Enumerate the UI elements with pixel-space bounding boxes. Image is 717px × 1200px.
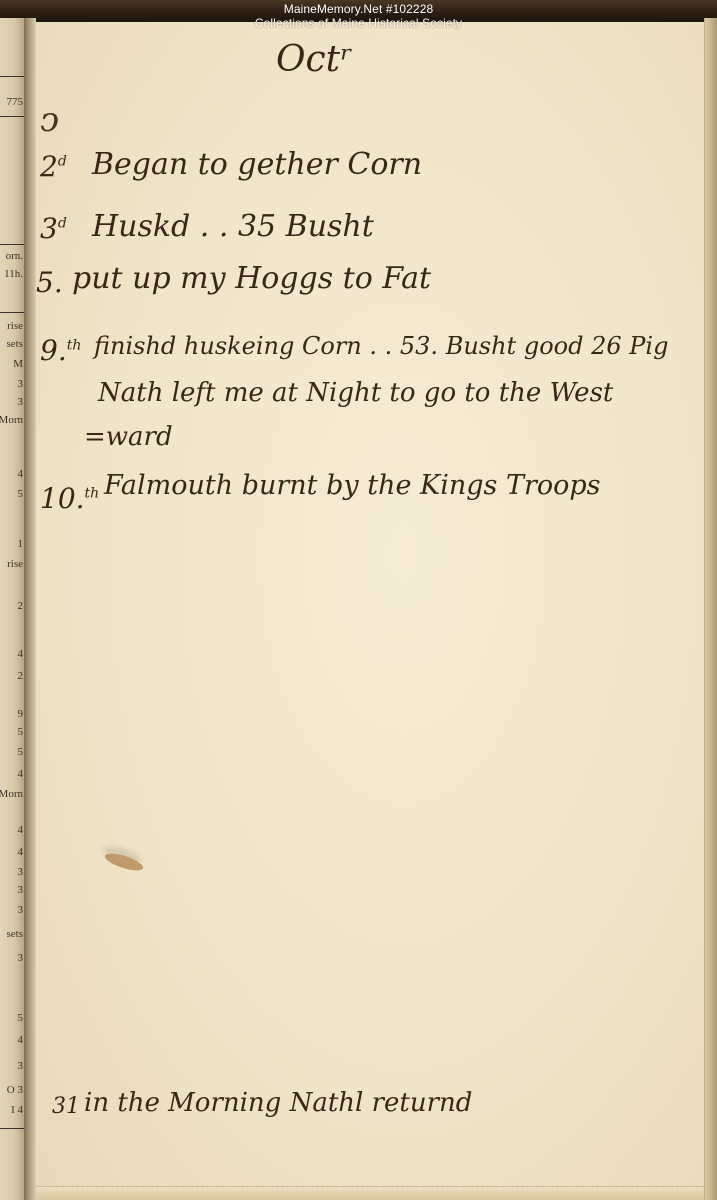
entry-day: 9.th bbox=[40, 334, 81, 367]
almanac-cell: 11h. bbox=[4, 268, 23, 280]
almanac-cell: 4 bbox=[18, 468, 24, 480]
almanac-cell: 2 bbox=[18, 600, 24, 612]
almanac-cell: rise bbox=[7, 558, 23, 570]
almanac-cell: 5 bbox=[18, 746, 24, 758]
almanac-cell: M bbox=[13, 358, 23, 370]
book-gutter bbox=[24, 18, 36, 1200]
almanac-cell: 5 bbox=[18, 726, 24, 738]
entry-day: 3d bbox=[40, 212, 67, 245]
entry-day: 5. bbox=[36, 266, 63, 299]
entry-text: put up my Hoggs to Fat bbox=[72, 264, 431, 294]
adjacent-almanac-page: 775 orn. 11h. rise sets M 3 3 Morn 4 5 1… bbox=[0, 18, 25, 1200]
almanac-cell: sets bbox=[7, 338, 24, 350]
divider bbox=[0, 76, 24, 77]
entry-day: 2d bbox=[40, 150, 67, 183]
almanac-cell: 3 bbox=[18, 866, 24, 878]
almanac-cell: O 3 bbox=[7, 1084, 23, 1096]
divider bbox=[0, 312, 24, 313]
almanac-cell: 4 bbox=[18, 1034, 24, 1046]
page-bottom-edge bbox=[36, 1186, 704, 1200]
entry-text: Falmouth burnt by the Kings Troops bbox=[104, 472, 601, 499]
entry-text: =ward bbox=[84, 424, 173, 450]
almanac-cell: Morn bbox=[0, 788, 23, 800]
divider bbox=[0, 116, 24, 117]
entry-text: Nath left me at Night to go to the West bbox=[98, 380, 613, 406]
almanac-cell: sets bbox=[7, 928, 24, 940]
watermark-id: MaineMemory.Net #102228 bbox=[0, 2, 717, 16]
almanac-cell: 3 bbox=[18, 1060, 24, 1072]
divider bbox=[0, 1128, 24, 1129]
divider bbox=[0, 244, 24, 245]
entry-day: 10.th bbox=[40, 482, 99, 515]
page-edge bbox=[704, 18, 717, 1200]
diary-page bbox=[36, 22, 704, 1200]
entry-text: Huskd . . 35 Busht bbox=[92, 212, 374, 242]
entry-day: 31 bbox=[52, 1094, 80, 1119]
almanac-cell: 5 bbox=[18, 488, 24, 500]
almanac-cell: Morn bbox=[0, 414, 23, 426]
almanac-year: 775 bbox=[7, 96, 24, 108]
almanac-cell: 4 bbox=[18, 768, 24, 780]
almanac-cell: 3 bbox=[18, 904, 24, 916]
almanac-cell: 2 bbox=[18, 670, 24, 682]
entry-text: in the Morning Nathl returnd bbox=[84, 1090, 472, 1116]
month-heading: Octʳ bbox=[276, 42, 353, 78]
almanac-cell: rise bbox=[7, 320, 23, 332]
almanac-cell: 5 bbox=[18, 1012, 24, 1024]
almanac-cell: 3 bbox=[18, 884, 24, 896]
flourish-mark: ↄ bbox=[40, 100, 59, 140]
almanac-cell: 3 bbox=[18, 396, 24, 408]
manuscript-scan: 775 orn. 11h. rise sets M 3 3 Morn 4 5 1… bbox=[0, 0, 717, 1200]
almanac-cell: 3 bbox=[18, 378, 24, 390]
watermark-credit: Collections of Maine Historical Society bbox=[0, 16, 717, 30]
almanac-cell: orn. bbox=[6, 250, 23, 262]
almanac-cell: 4 bbox=[18, 846, 24, 858]
almanac-cell: 3 bbox=[18, 952, 24, 964]
almanac-cell: 4 bbox=[18, 824, 24, 836]
almanac-cell: 4 bbox=[18, 648, 24, 660]
entry-text: finishd huskeing Corn . . 53. Busht good… bbox=[94, 334, 668, 358]
almanac-cell: 1 bbox=[18, 538, 24, 550]
almanac-cell: I 4 bbox=[11, 1104, 23, 1116]
entry-text: Began to gether Corn bbox=[92, 150, 422, 180]
almanac-cell: 9 bbox=[18, 708, 24, 720]
